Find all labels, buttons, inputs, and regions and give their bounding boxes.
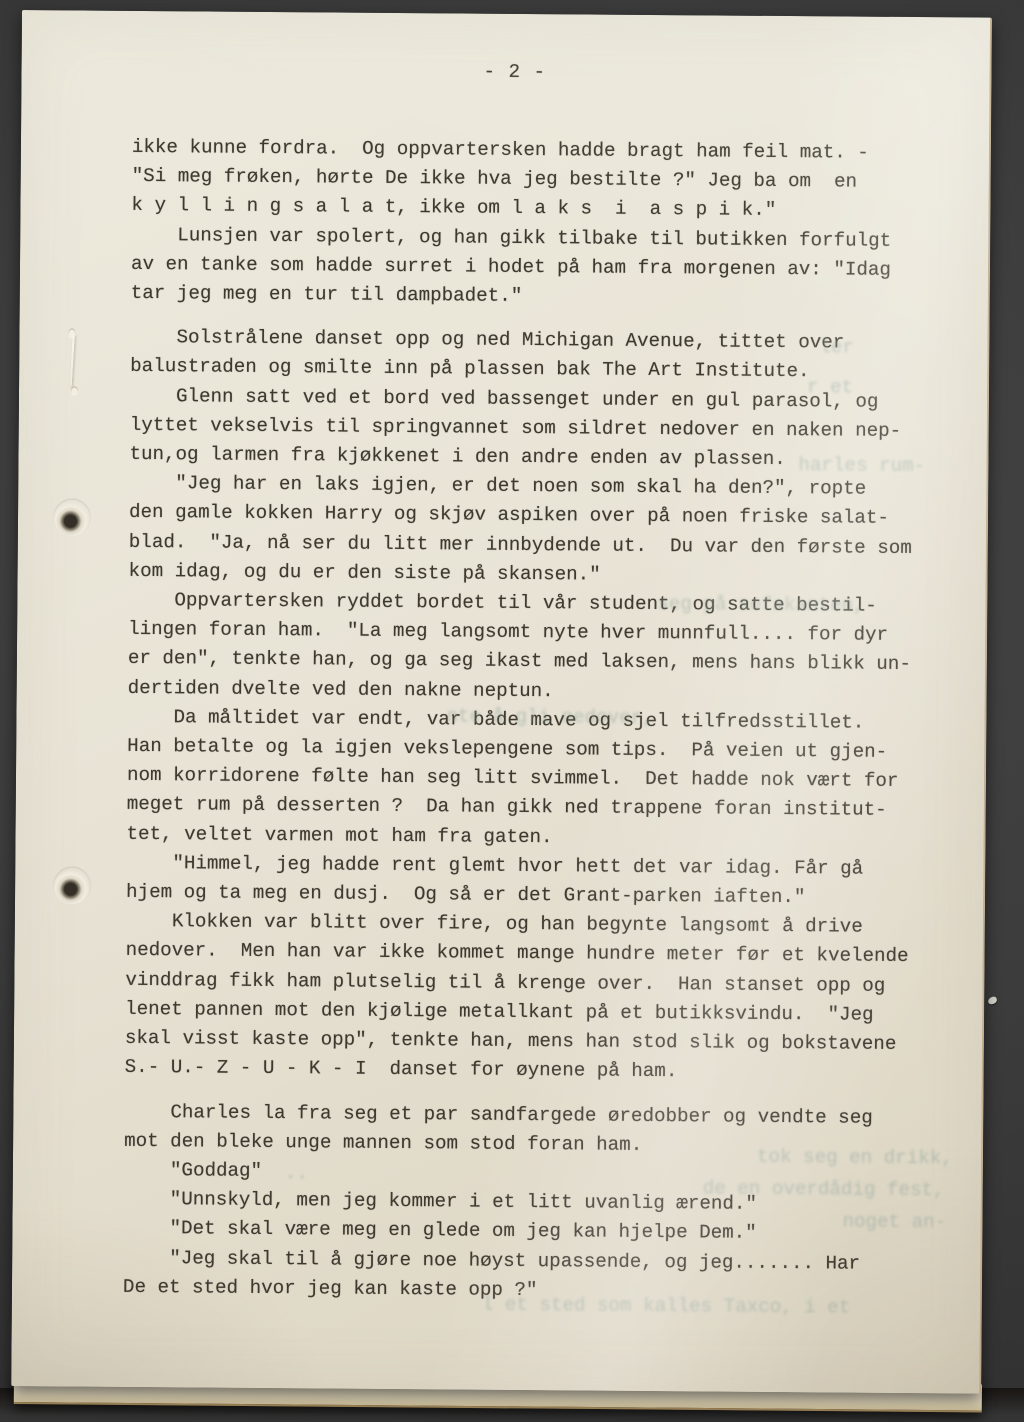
paragraph: "Jeg skal til å gjøre noe høyst upassend…	[123, 1243, 959, 1308]
punch-hole-top	[53, 498, 91, 536]
paper-scratch-head	[68, 328, 75, 337]
manuscript-page: - 2 - ikke kunne fordra. Og oppvarterske…	[11, 10, 992, 1394]
paragraph: Glenn satt ved et bord ved bassenget und…	[129, 381, 966, 475]
paper-scratch	[70, 334, 75, 386]
paragraph: Lunsjen var spolert, og han gikk tilbake…	[131, 220, 968, 314]
page-number: - 2 -	[483, 61, 546, 83]
paper-scratch-dot	[71, 386, 78, 394]
paragraph: Oppvartersken ryddet bordet til vår stud…	[128, 586, 965, 709]
paragraph: Charles la fra seg et par sandfargede ør…	[124, 1097, 960, 1162]
typed-line: S.- U.- Z - U - K - I danset for øynene …	[125, 1053, 961, 1089]
paragraph: ikke kunne fordra. Og oppvartersken hadd…	[131, 133, 968, 227]
paragraph: Da måltidet var endt, var både mave og s…	[126, 703, 963, 856]
paragraph: Klokken var blitt over fire, og han begy…	[125, 907, 962, 1089]
paragraph: Solstrålene danset opp og ned Michigan A…	[130, 323, 966, 388]
paragraph: "Himmel, jeg hadde rent glemt hvor hett …	[126, 849, 962, 914]
paragraph: "Jeg har en laks igjen, er det noen som …	[128, 469, 965, 592]
scanned-manuscript-photo: - 2 - ikke kunne fordra. Og oppvarterske…	[0, 0, 1024, 1422]
typed-text-block: ikke kunne fordra. Og oppvartersken hadd…	[123, 133, 968, 1308]
punch-hole-bottom	[53, 866, 91, 904]
